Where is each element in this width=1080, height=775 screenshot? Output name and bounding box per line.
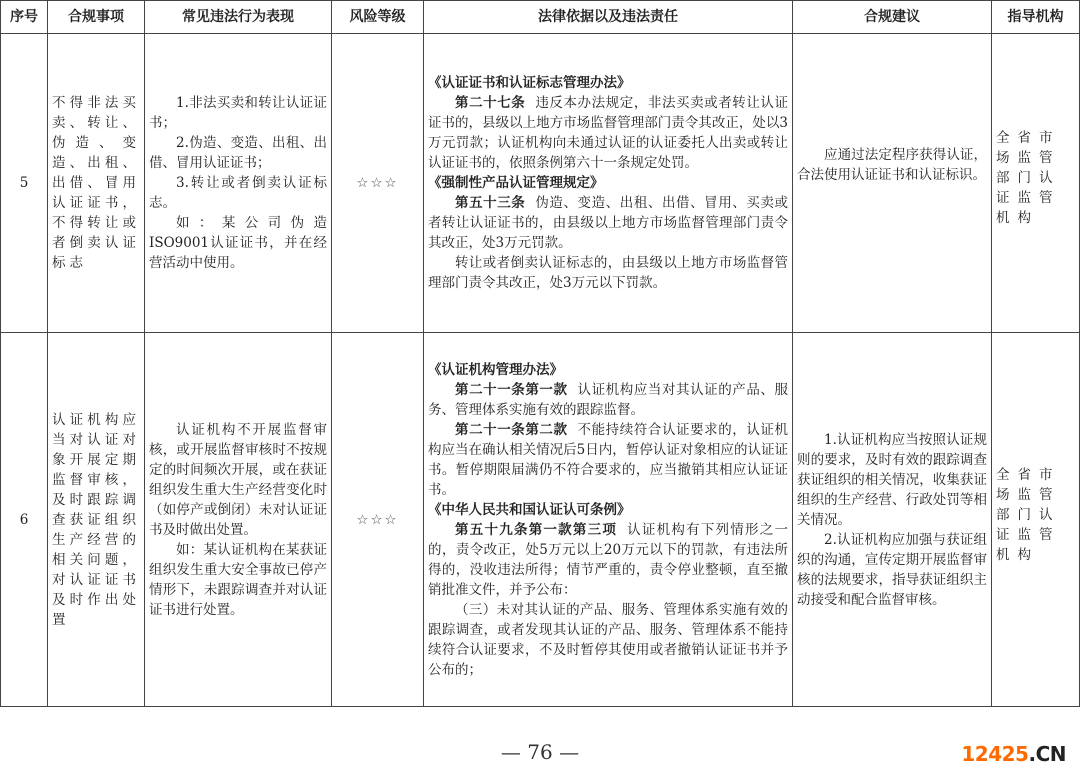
behavior-text: 3.转让或者倒卖认证标志。 [149, 173, 327, 213]
header-org: 指导机构 [992, 1, 1080, 34]
law-paragraph: 转让或者倒卖认证标志的，由县级以上地方市场监督管理部门责令其改正，处3万元以下罚… [428, 253, 788, 293]
row-number: 6 [1, 333, 48, 707]
header-behaviors: 常见违法行为表现 [145, 1, 332, 34]
law-title: 《中华人民共和国认证认可条例》 [428, 500, 788, 520]
law-article: 第二十七条违反本办法规定，非法买卖或者转让认证证书的，县级以上地方市场监督管理部… [428, 93, 788, 173]
compliance-table: 序号 合规事项 常见违法行为表现 风险等级 法律依据以及违法责任 合规建议 指导… [0, 0, 1080, 707]
legal-basis: 《认证证书和认证标志管理办法》 第二十七条违反本办法规定，非法买卖或者转让认证证… [424, 34, 793, 333]
behavior-text: 1.非法买卖和转让认证证书； [149, 93, 327, 133]
advice-text: 2.认证机构应加强与获证组织的沟通，宣传定期开展监督审核的法规要求，指导获证组织… [797, 530, 987, 610]
law-article: 第五十九条第一款第三项认证机构有下列情形之一的，责令改正，处5万元以上20万元以… [428, 520, 788, 600]
violation-behaviors: 1.非法买卖和转让认证证书； 2.伪造、变造、出租、出借、冒用认证证书； 3.转… [145, 34, 332, 333]
behavior-example: 如：某认证机构在某获证组织发生重大安全事故已停产情形下，未跟踪调查并对认证证书进… [149, 540, 327, 620]
law-title: 《强制性产品认证管理规定》 [428, 173, 788, 193]
agency-name: 全省市场监管部门认证监管机构 [996, 465, 1075, 565]
risk-level-stars-icon: ☆☆☆ [332, 333, 424, 707]
watermark-tld: .CN [1028, 742, 1066, 766]
risk-level-stars-icon: ☆☆☆ [332, 34, 424, 333]
legal-basis: 《认证机构管理办法》 第二十一条第一款认证机构应当对其认证的产品、服务、管理体系… [424, 333, 793, 707]
agency-name: 全省市场监管部门认证监管机构 [996, 128, 1075, 228]
article-number: 第二十一条第二款 [455, 422, 568, 438]
header-risk: 风险等级 [332, 1, 424, 34]
law-article: 第二十一条第一款认证机构应当对其认证的产品、服务、管理体系实施有效的跟踪监督。 [428, 380, 788, 420]
page-number: — 76 — [0, 740, 1080, 764]
article-number: 第五十九条第一款第三项 [455, 522, 617, 538]
law-article: 第二十一条第二款不能持续符合认证要求的，认证机构应当在确认相关情况后5日内，暂停… [428, 420, 788, 500]
guiding-agency: 全省市场监管部门认证监管机构 [992, 34, 1080, 333]
row-number: 5 [1, 34, 48, 333]
table-row: 6 认证机构应当对认证对象开展定期监督审核，及时跟踪调查获证组织生产经营的相关问… [1, 333, 1080, 707]
violation-behaviors: 认证机构不开展监督审核，或开展监督审核时不按规定的时间频次开展，或在获证组织发生… [145, 333, 332, 707]
compliance-item: 不得非法买卖、转让、伪造、变造、出租、出借、冒用认证证书，不得转让或者倒卖认证标… [48, 34, 145, 333]
compliance-advice: 应通过法定程序获得认证，合法使用认证证书和认证标识。 [793, 34, 992, 333]
advice-text: 1.认证机构应当按照认证规则的要求，及时有效的跟踪调查获证组织的相关情况，收集获… [797, 430, 987, 530]
article-number: 第五十三条 [455, 195, 525, 211]
table-row: 5 不得非法买卖、转让、伪造、变造、出租、出借、冒用认证证书，不得转让或者倒卖认… [1, 34, 1080, 333]
law-article: 第五十三条伪造、变造、出租、出借、冒用、买卖或者转让认证证书的，由县级以上地方市… [428, 193, 788, 253]
watermark-number: 12425 [961, 742, 1028, 766]
compliance-advice: 1.认证机构应当按照认证规则的要求，及时有效的跟踪调查获证组织的相关情况，收集获… [793, 333, 992, 707]
header-item: 合规事项 [48, 1, 145, 34]
guiding-agency: 全省市场监管部门认证监管机构 [992, 333, 1080, 707]
header-row: 序号 合规事项 常见违法行为表现 风险等级 法律依据以及违法责任 合规建议 指导… [1, 1, 1080, 34]
header-no: 序号 [1, 1, 48, 34]
article-number: 第二十七条 [455, 95, 525, 111]
site-watermark-logo: 12425.CN [961, 742, 1066, 766]
behavior-example: 如：某公司伪造ISO9001认证证书，并在经营活动中使用。 [149, 213, 327, 273]
article-number: 第二十一条第一款 [455, 382, 568, 398]
law-title: 《认证机构管理办法》 [428, 360, 788, 380]
behavior-text: 2.伪造、变造、出租、出借、冒用认证证书； [149, 133, 327, 173]
header-advice: 合规建议 [793, 1, 992, 34]
header-legal: 法律依据以及违法责任 [424, 1, 793, 34]
compliance-item: 认证机构应当对认证对象开展定期监督审核，及时跟踪调查获证组织生产经营的相关问题，… [48, 333, 145, 707]
advice-text: 应通过法定程序获得认证，合法使用认证证书和认证标识。 [797, 145, 987, 185]
law-paragraph: （三）未对其认证的产品、服务、管理体系实施有效的跟踪调查，或者发现其认证的产品、… [428, 600, 788, 680]
law-title: 《认证证书和认证标志管理办法》 [428, 73, 788, 93]
behavior-text: 认证机构不开展监督审核，或开展监督审核时不按规定的时间频次开展，或在获证组织发生… [149, 420, 327, 540]
